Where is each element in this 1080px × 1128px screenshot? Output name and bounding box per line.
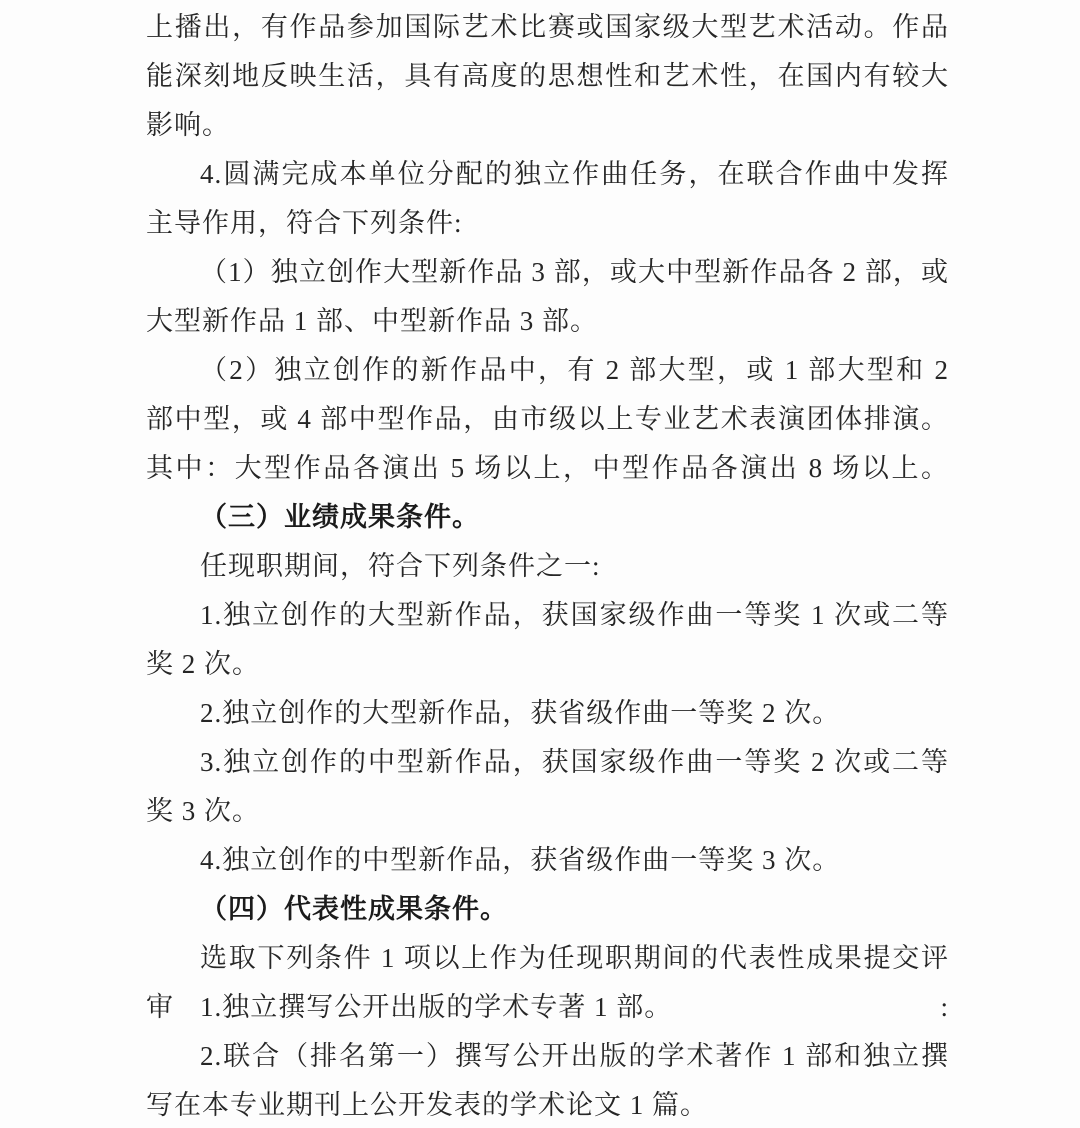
text-line: 2.联合（排名第一）撰写公开出版的学术著作 1 部和独立撰 bbox=[146, 1032, 949, 1081]
text-line: 奖 2 次。 bbox=[146, 640, 949, 689]
text-line: 选取下列条件 1 项以上作为任现职期间的代表性成果提交评审: bbox=[146, 934, 949, 983]
text-line: （1）独立创作大型新作品 3 部，或大中型新作品各 2 部，或 bbox=[146, 248, 949, 297]
text-line: 奖 3 次。 bbox=[146, 787, 949, 836]
section-heading: （三）业绩成果条件。 bbox=[146, 493, 949, 542]
text-line: 写在本专业期刊上公开发表的学术论文 1 篇。 bbox=[146, 1081, 949, 1128]
text-line: 2.独立创作的大型新作品，获省级作曲一等奖 2 次。 bbox=[146, 689, 949, 738]
text-line: 4.独立创作的中型新作品，获省级作曲一等奖 3 次。 bbox=[146, 836, 949, 885]
text-line: 4.圆满完成本单位分配的独立作曲任务，在联合作曲中发挥 bbox=[146, 150, 949, 199]
document-page: 上播出，有作品参加国际艺术比赛或国家级大型艺术活动。作品能深刻地反映生活，具有高… bbox=[0, 0, 1080, 1128]
text-line: 任现职期间，符合下列条件之一: bbox=[146, 542, 949, 591]
text-line: 1.独立创作的大型新作品，获国家级作曲一等奖 1 次或二等 bbox=[146, 591, 949, 640]
text-line: 上播出，有作品参加国际艺术比赛或国家级大型艺术活动。作品 bbox=[146, 3, 949, 52]
text-line: 能深刻地反映生活，具有高度的思想性和艺术性，在国内有较大 bbox=[146, 52, 949, 101]
text-line: （2）独立创作的新作品中，有 2 部大型，或 1 部大型和 2 bbox=[146, 346, 949, 395]
text-line: 大型新作品 1 部、中型新作品 3 部。 bbox=[146, 297, 949, 346]
text-line: 部中型，或 4 部中型作品，由市级以上专业艺术表演团体排演。 bbox=[146, 395, 949, 444]
text-line: 影响。 bbox=[146, 101, 949, 150]
section-heading: （四）代表性成果条件。 bbox=[146, 885, 949, 934]
text-line: 3.独立创作的中型新作品，获国家级作曲一等奖 2 次或二等 bbox=[146, 738, 949, 787]
text-line: 其中：大型作品各演出 5 场以上，中型作品各演出 8 场以上。 bbox=[146, 444, 949, 493]
document-text-block: 上播出，有作品参加国际艺术比赛或国家级大型艺术活动。作品能深刻地反映生活，具有高… bbox=[146, 3, 949, 1128]
text-line: 主导作用，符合下列条件: bbox=[146, 199, 949, 248]
